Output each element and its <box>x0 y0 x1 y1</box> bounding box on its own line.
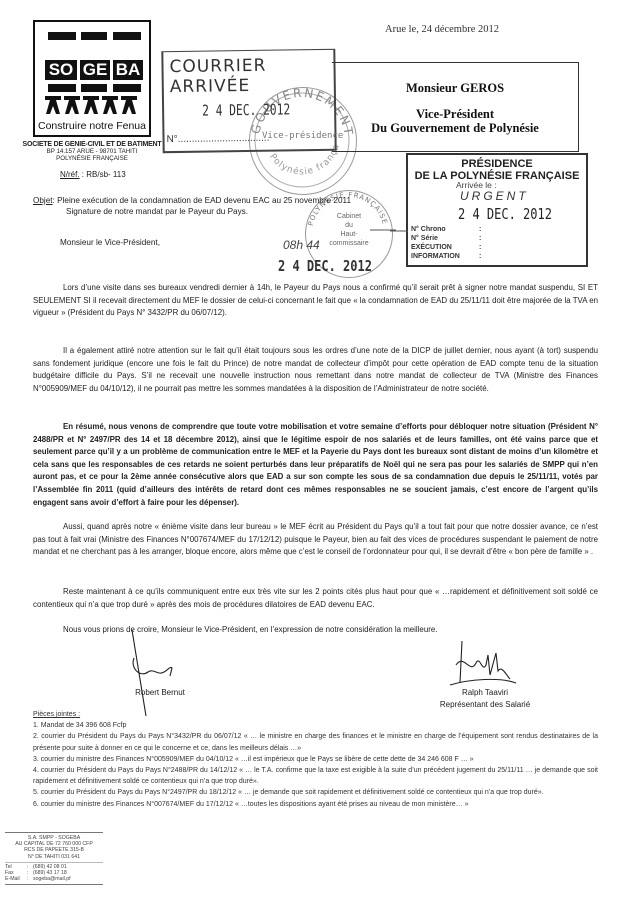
company-name: SOCIETE DE GENIE-CIVIL ET DE BATIMENT <box>22 141 162 148</box>
signatory-role: Représentant des Salarié <box>410 700 560 709</box>
footer-contacts: Tel:(689) 42 08 01 Fax:(689) 43 17 18 E-… <box>5 862 103 883</box>
connector-line <box>390 225 410 237</box>
body-paragraph: Il a également attiré notre attention su… <box>33 345 598 395</box>
address-line: POLYNÉSIE FRANÇAISE <box>22 155 162 162</box>
handwritten-urgent: URGENT <box>460 189 529 203</box>
logo-block-ba: BA <box>113 60 143 80</box>
logo-bar <box>48 32 76 40</box>
logo-bar <box>81 32 107 40</box>
attachment-item: 2. courrier du Président du Pays du Pays… <box>33 731 598 753</box>
logo-tagline: Construire notre Fenua <box>35 120 149 132</box>
people-chain-icon <box>43 94 143 116</box>
signature-bernut <box>120 628 190 718</box>
logo-bar <box>113 84 141 92</box>
presidence-stamp: PRÉSIDENCE DE LA POLYNÉSIE FRANÇAISE Arr… <box>406 153 588 267</box>
subject: Objet: Pleine exécution de la condamnati… <box>33 195 351 217</box>
signatory-name: Robert Bernut <box>120 688 200 697</box>
field-serie: N° Série: <box>411 234 481 243</box>
logo-block-ge: GE <box>80 60 110 80</box>
body-paragraph: Aussi, quand après notre « énième visite… <box>33 521 598 559</box>
logo-bar <box>113 32 141 40</box>
company-address: SOCIETE DE GENIE-CIVIL ET DE BATIMENT BP… <box>22 141 162 162</box>
logo-bar <box>81 84 107 92</box>
stamp-date: 2 4 DEC. 2012 <box>202 100 290 119</box>
logo-bar <box>48 84 76 92</box>
subject-label: Objet <box>33 196 53 205</box>
field-information: INFORMATION: <box>411 252 481 261</box>
presidence-date: 2 4 DEC. 2012 <box>458 205 552 223</box>
field-execution: EXÉCUTION: <box>411 243 481 252</box>
handwritten-time: 08h 44 <box>283 238 320 252</box>
attachment-item: 1. Mandat de 34 396 608 Fcfp <box>33 720 598 731</box>
logo-block-so: SO <box>45 60 77 80</box>
attachment-item: 6. courrier du ministre des Finances N°0… <box>33 799 598 810</box>
attachments: Pièces jointes : 1. Mandat de 34 396 608… <box>33 709 598 810</box>
attachments-heading: Pièces jointes : <box>33 709 598 720</box>
field-chrono: N° Chrono: <box>411 225 481 234</box>
attachment-item: 3. courrier du ministre des Finances N°0… <box>33 754 598 765</box>
addressee-name: Monsieur GEROS <box>332 81 578 96</box>
subject-line: : Pleine exécution de la condamnation de… <box>53 196 351 205</box>
stamp-title: COURRIER ARRIVÉE <box>169 55 334 97</box>
company-footer: S.A. SMPP - SOGEBA AU CAPITAL DE 72 760 … <box>5 832 103 885</box>
sogeba-logo: SO GE BA Construire notre Fenua <box>33 20 151 137</box>
addressee-title: Du Gouvernement de Polynésie <box>332 121 578 136</box>
address-line: BP 14.157 ARUE - 98701 TAHITI <box>22 148 162 155</box>
signature-taaviri <box>440 635 520 690</box>
stamp-number: N°................................. <box>166 133 269 145</box>
presidence-line: DE LA POLYNÉSIE FRANÇAISE <box>408 170 586 182</box>
body-paragraph: En résumé, nous venons de comprendre que… <box>33 421 598 509</box>
email-link[interactable]: sogeba@mail.pf <box>33 876 103 882</box>
reference: N/réf. : RB/sb- 113 <box>60 170 126 179</box>
subject-line: Signature de notre mandat par le Payeur … <box>33 206 351 217</box>
ref-label: N/réf. <box>60 170 80 179</box>
body-paragraph: Lors d’une visite dans ses bureaux vendr… <box>33 282 598 320</box>
ref-value: : RB/sb- 113 <box>82 170 126 179</box>
letter-date: Arue le, 24 décembre 2012 <box>385 24 499 35</box>
footer-line: N° DE TAHITI 031 641 <box>5 854 103 860</box>
addressee-title: Vice-Président <box>332 107 578 122</box>
body-paragraph: Reste maintenant à ce qu’ils communiquen… <box>33 586 598 611</box>
attachment-item: 4. courrier du Président du Pays du Pays… <box>33 765 598 787</box>
presidence-line: PRÉSIDENCE <box>408 158 586 170</box>
signatory-name: Ralph Taaviri <box>430 688 540 697</box>
addressee-block: Monsieur GEROS Vice-Président Du Gouvern… <box>332 62 579 152</box>
attachment-item: 5. courrier du Président du Pays du Pays… <box>33 787 598 798</box>
salutation: Monsieur le Vice-Président, <box>60 238 160 247</box>
haut-commissaire-date: 2 4 DEC. 2012 <box>278 257 372 275</box>
